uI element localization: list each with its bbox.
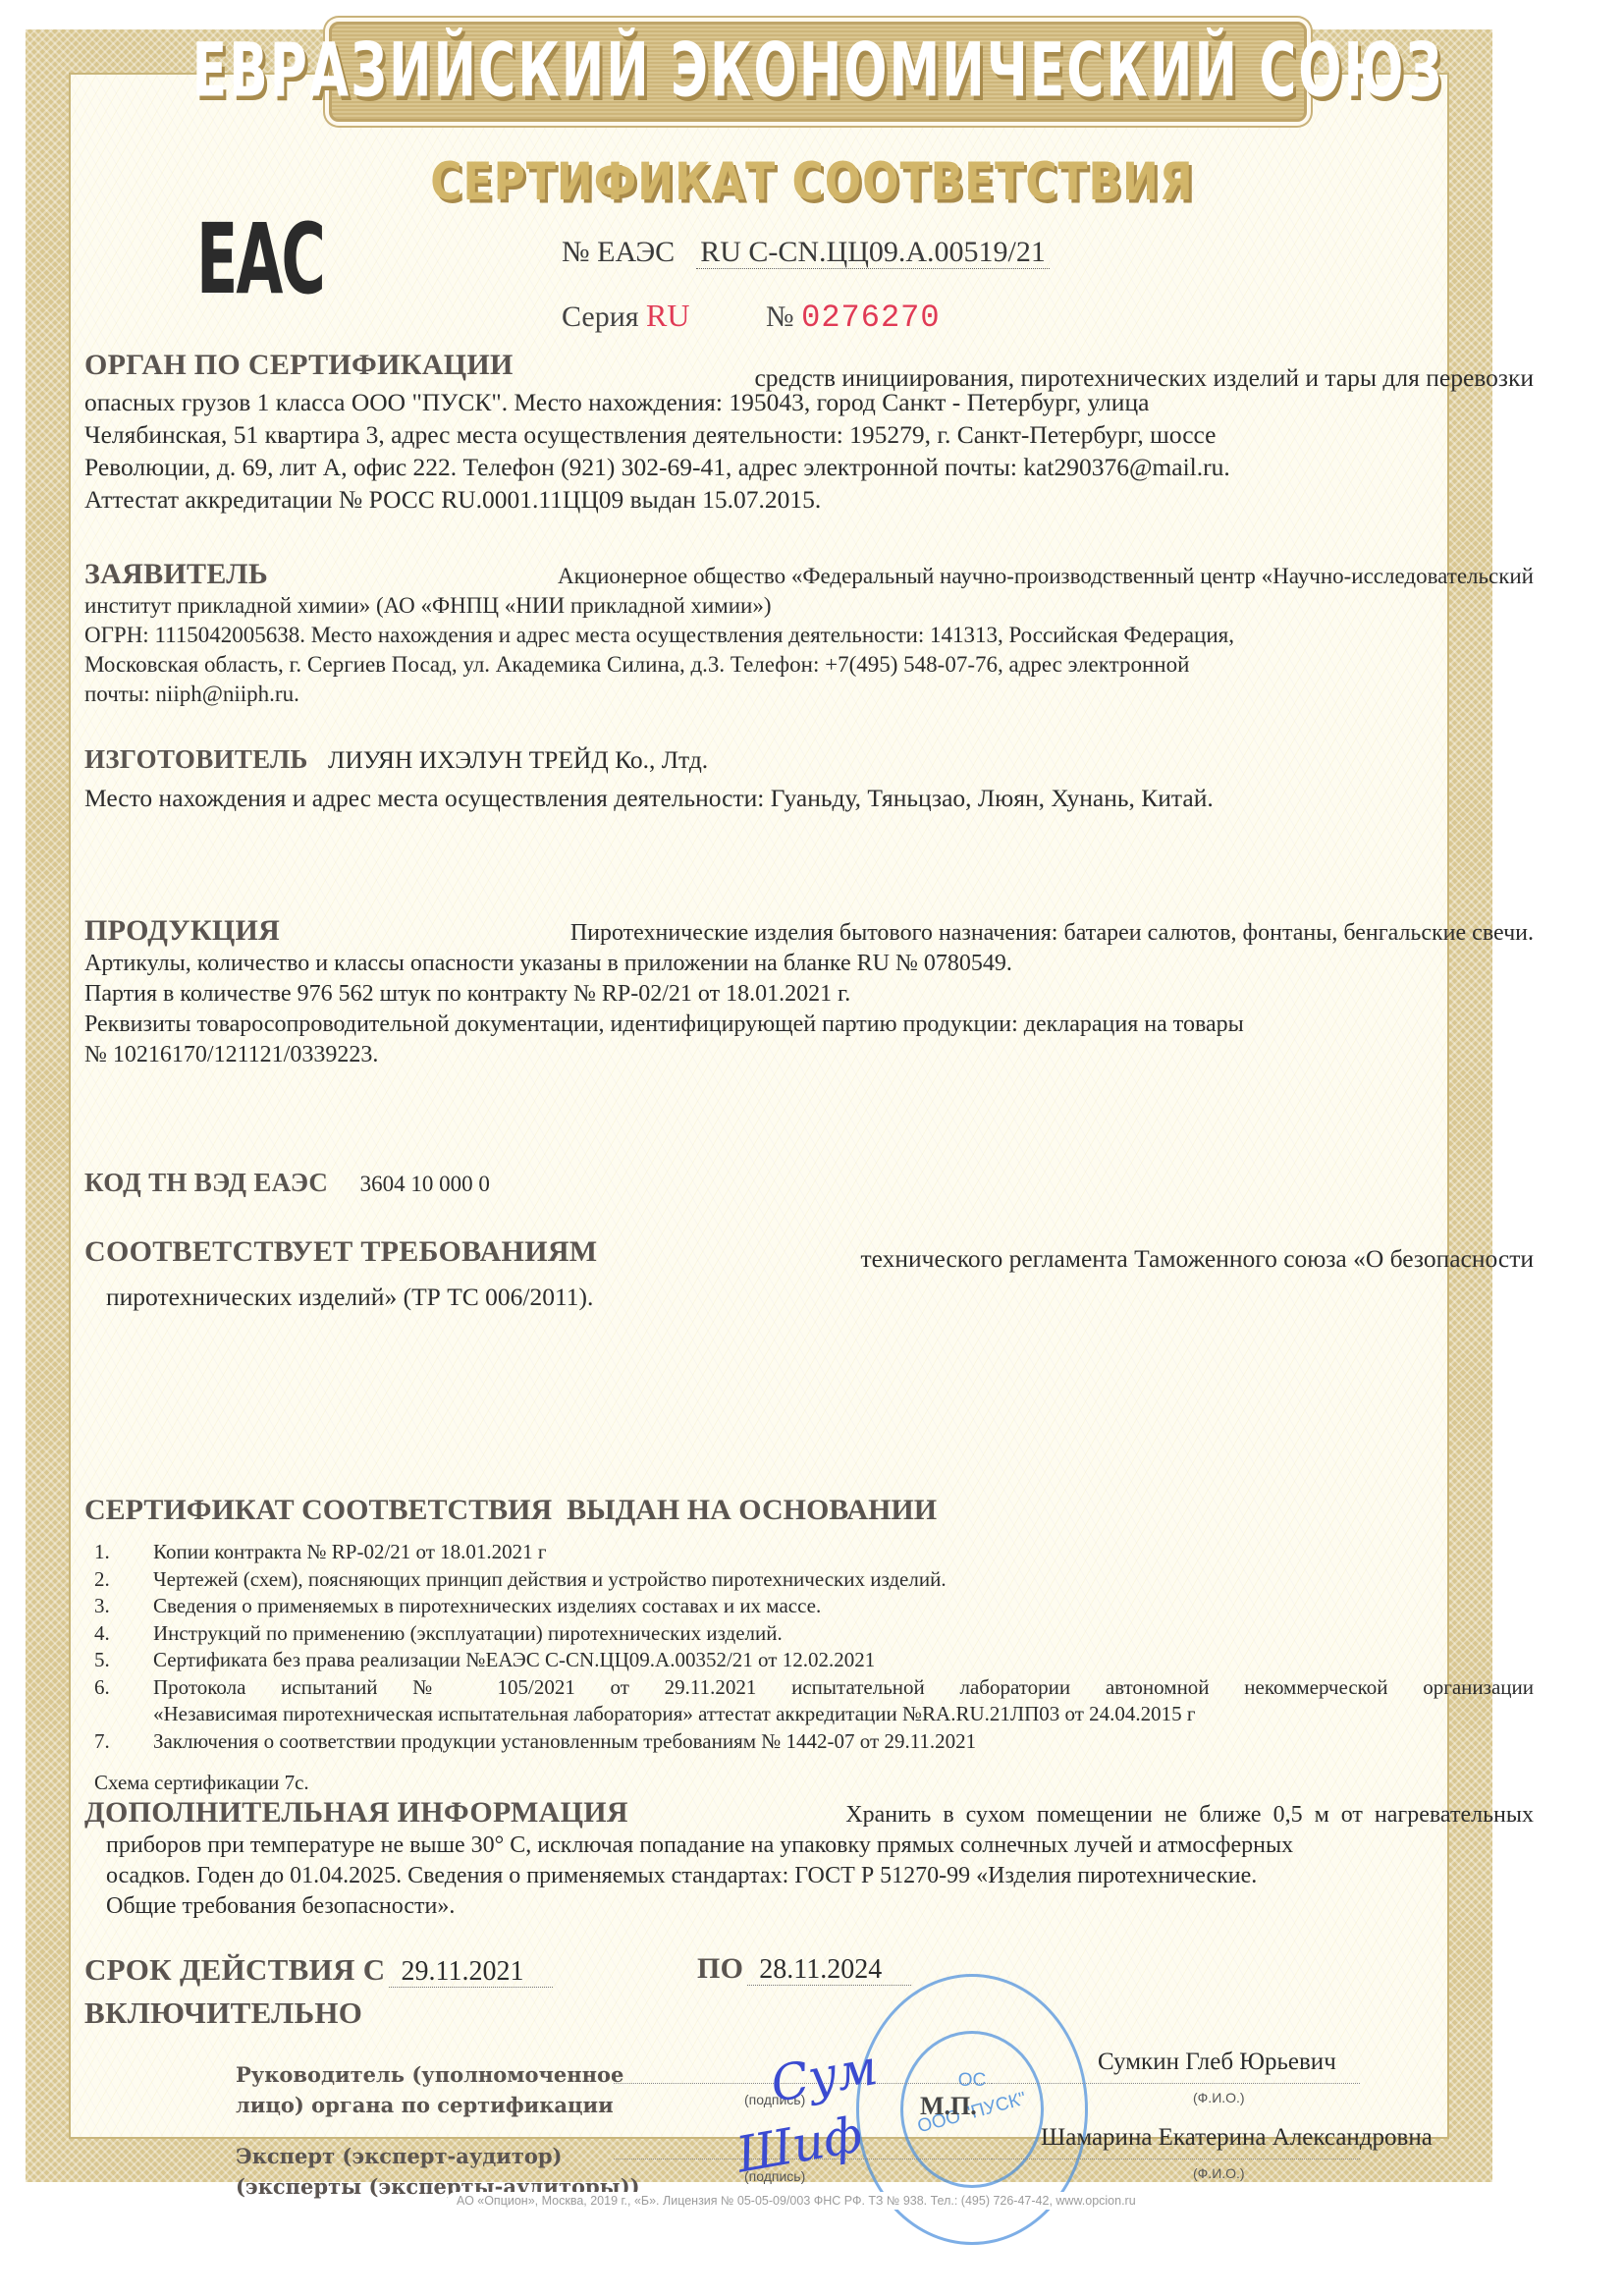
validity-to-date: 28.11.2024 xyxy=(747,1954,911,1986)
manufacturer-label: ИЗГОТОВИТЕЛЬ xyxy=(84,744,308,774)
blank-number-value: 0276270 xyxy=(801,300,940,336)
head-fio-line xyxy=(992,2083,1360,2084)
eac-logo-icon: EAC xyxy=(196,201,324,316)
conformity-line: пиротехнических изделий» (ТР ТС 006/2011… xyxy=(84,1281,1534,1313)
validity-to-label: ПО xyxy=(697,1952,743,1985)
certification-scheme: Схема сертификации 7с. xyxy=(94,1771,309,1795)
certification-body-line: Революции, д. 69, лит А, офис 222. Телеф… xyxy=(84,451,1534,483)
conformity-line: технического регламента Таможенного союз… xyxy=(861,1242,1534,1275)
printer-note: АО «Опцион», Москва, 2019 г., «Б». Лицен… xyxy=(447,2192,1146,2210)
hs-code-section: КОД ТН ВЭД ЕАЭС 3604 10 000 0 xyxy=(84,1167,1534,1200)
applicant-line: Московская область, г. Сергиев Посад, ул… xyxy=(84,650,1534,680)
product-section: ПРОДУКЦИЯ Пиротехнические изделия бытово… xyxy=(84,915,1534,1070)
additional-info-line: Общие требования безопасности». xyxy=(84,1891,1534,1922)
applicant-line: ОГРН: 1115042005638. Место нахождения и … xyxy=(84,621,1534,650)
conformity-label: СООТВЕТСТВУЕТ ТРЕБОВАНИЯМ xyxy=(84,1235,597,1268)
applicant-section: ЗАЯВИТЕЛЬ Акционерное общество «Федераль… xyxy=(84,560,1534,709)
series-label: Серия xyxy=(562,301,639,333)
union-banner-text: ЕВРАЗИЙСКИЙ ЭКОНОМИЧЕСКИЙ СОЮЗ xyxy=(192,29,1444,115)
certification-body-line: средств инициирования, пиротехнических и… xyxy=(754,361,1534,394)
validity-from-label: СРОК ДЕЙСТВИЯ С xyxy=(84,1952,385,1987)
series-line: Серия RU № 0276270 xyxy=(562,298,941,336)
certification-body-line: Аттестат аккредитации № РОСС RU.0001.11Ц… xyxy=(84,483,1534,516)
head-fio-caption: (Ф.И.О.) xyxy=(1193,2090,1245,2105)
certificate-title: СЕРТИФИКАТ СООТВЕТСТВИЯ xyxy=(0,157,1624,207)
series-value: RU xyxy=(646,298,689,333)
additional-info-line: Хранить в сухом помещении не ближе 0,5 м… xyxy=(845,1800,1534,1831)
seal-label: М.П. xyxy=(920,2092,977,2121)
expert-name: Шамарина Екатерина Александровна xyxy=(1041,2124,1433,2152)
additional-info-line: приборов при температуре не выше 30° С, … xyxy=(84,1831,1534,1861)
manufacturer-section: ИЗГОТОВИТЕЛЬ ЛИУЯН ИХЭЛУН ТРЕЙД Ко., Лтд… xyxy=(84,743,1534,814)
basis-item: 5.Сертификата без права реализации №ЕАЭС… xyxy=(94,1647,1534,1674)
basis-item: 7.Заключения о соответствии продукции ус… xyxy=(94,1728,1534,1756)
applicant-line: институт прикладной химии» (АО «ФНПЦ «НИ… xyxy=(84,591,1534,621)
union-banner: ЕВРАЗИЙСКИЙ ЭКОНОМИЧЕСКИЙ СОЮЗ xyxy=(329,22,1307,122)
product-line: Реквизиты товаросопроводительной докумен… xyxy=(84,1010,1534,1040)
validity-to: ПО 28.11.2024 xyxy=(697,1952,911,1986)
validity-inclusive-label: ВКЛЮЧИТЕЛЬНО xyxy=(84,1995,362,2031)
basis-item: 6.Протокола испытаний № 105/2021 от 29.1… xyxy=(94,1674,1534,1702)
manufacturer-address: Место нахождения и адрес места осуществл… xyxy=(84,782,1534,814)
hs-code-value: 3604 10 000 0 xyxy=(360,1172,490,1196)
applicant-line: почты: niiph@niiph.ru. xyxy=(84,680,1534,709)
product-line: № 10216170/121121/0339223. xyxy=(84,1040,1534,1070)
basis-list: 1.Копии контракта № RP-02/21 от 18.01.20… xyxy=(94,1539,1534,1755)
certification-body-label: ОРГАН ПО СЕРТИФИКАЦИИ xyxy=(84,349,514,381)
basis-item: 4.Инструкций по применению (эксплуатации… xyxy=(94,1620,1534,1648)
blank-number-label: № xyxy=(766,301,794,333)
validity-from-date: 29.11.2021 xyxy=(389,1956,553,1988)
head-role: Руководитель (уполномоченное лицо) орган… xyxy=(236,2059,623,2120)
certification-body-line: Челябинская, 51 квартира 3, адрес места … xyxy=(84,418,1534,451)
expert-fio-line xyxy=(992,2159,1360,2159)
basis-item: 1.Копии контракта № RP-02/21 от 18.01.20… xyxy=(94,1539,1534,1566)
validity-from: СРОК ДЕЙСТВИЯ С 29.11.2021 xyxy=(84,1952,553,1988)
product-line: Партия в количестве 976 562 штук по конт… xyxy=(84,979,1534,1010)
applicant-line: Акционерное общество «Федеральный научно… xyxy=(558,562,1534,591)
product-line: Пиротехнические изделия бытового назначе… xyxy=(570,918,1534,949)
conformity-section: СООТВЕТСТВУЕТ ТРЕБОВАНИЯМ технического р… xyxy=(84,1235,1534,1313)
basis-item: 2.Чертежей (схем), поясняющих принцип де… xyxy=(94,1566,1534,1594)
basis-item: «Независимая пиротехническая испытательн… xyxy=(94,1701,1534,1728)
head-name: Сумкин Глеб Юрьевич xyxy=(1098,2049,1336,2076)
product-label: ПРОДУКЦИЯ xyxy=(84,915,280,946)
registration-number: № ЕАЭСRU C-CN.ЦЦ09.А.00519/21 xyxy=(562,236,1050,269)
additional-info-section: ДОПОЛНИТЕЛЬНАЯ ИНФОРМАЦИЯ Хранить в сухо… xyxy=(84,1797,1534,1922)
additional-info-line: осадков. Годен до 01.04.2025. Сведения о… xyxy=(84,1861,1534,1891)
hs-code-label: КОД ТН ВЭД ЕАЭС xyxy=(84,1168,328,1197)
expert-fio-caption: (Ф.И.О.) xyxy=(1193,2165,1245,2181)
registration-value: RU C-CN.ЦЦ09.А.00519/21 xyxy=(696,236,1050,269)
registration-label: № ЕАЭС xyxy=(562,236,675,268)
certification-body-section: ОРГАН ПО СЕРТИФИКАЦИИ средств инициирова… xyxy=(84,349,1534,516)
certificate-title-text: СЕРТИФИКАТ СООТВЕТСТВИЯ xyxy=(430,152,1194,212)
basis-title: СЕРТИФИКАТ СООТВЕТСТВИЯ ВЫДАН НА ОСНОВАН… xyxy=(84,1494,937,1527)
additional-info-label: ДОПОЛНИТЕЛЬНАЯ ИНФОРМАЦИЯ xyxy=(84,1797,628,1828)
applicant-label: ЗАЯВИТЕЛЬ xyxy=(84,560,268,589)
manufacturer-name: ЛИУЯН ИХЭЛУН ТРЕЙД Ко., Лтд. xyxy=(328,745,708,774)
basis-item: 3.Сведения о применяемых в пиротехническ… xyxy=(94,1593,1534,1620)
product-line: Артикулы, количество и классы опасности … xyxy=(84,949,1534,979)
